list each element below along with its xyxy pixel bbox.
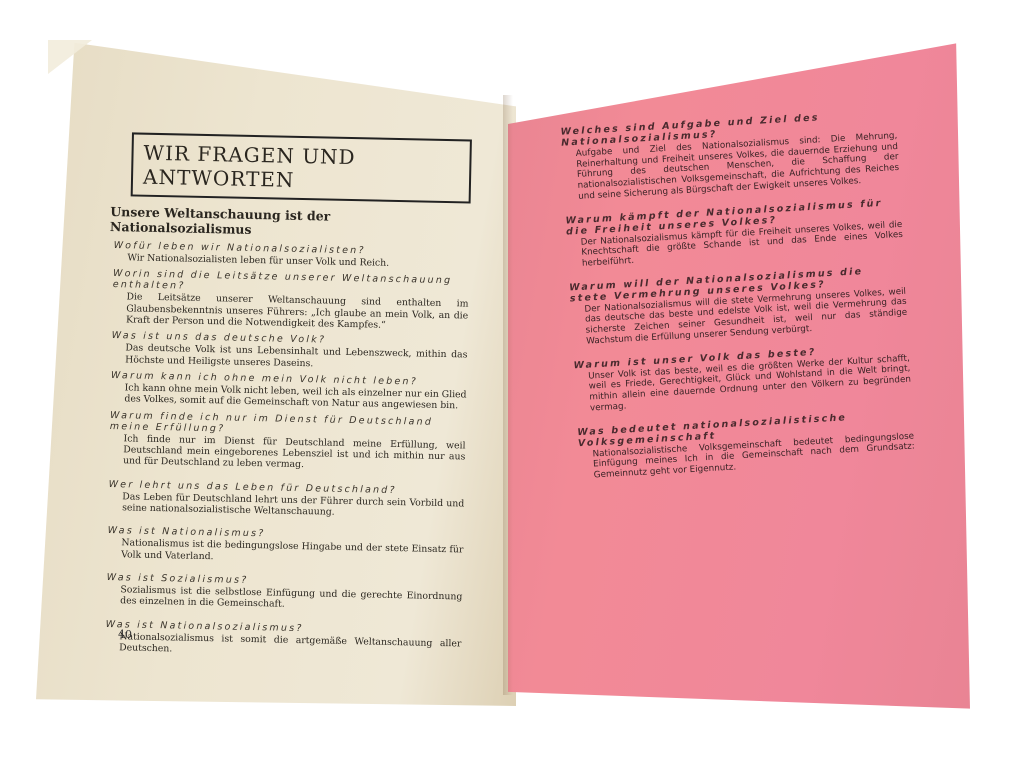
answer: Die Leitsätze unserer Weltanschauung sin…	[126, 292, 469, 333]
left-page-content: WIR FRAGEN UND ANTWORTEN Unsere Weltansc…	[101, 132, 472, 666]
page-number: 40	[118, 628, 132, 641]
right-page-content: Welches sind Aufgabe und Ziel des Nation…	[556, 103, 916, 487]
section-subtitle: Unsere Weltanschauung ist der Nationalso…	[110, 204, 471, 242]
answer: Ich finde nur im Dienst für Deutschland …	[123, 433, 466, 474]
folded-corner	[48, 40, 92, 74]
book-gutter	[503, 95, 513, 695]
page-title: WIR FRAGEN UND ANTWORTEN	[131, 132, 472, 203]
right-qa-list: Welches sind Aufgabe und Ziel des Nation…	[556, 108, 915, 482]
left-qa-list: Wofür leben wir Nationalsozialisten?Wir …	[101, 240, 470, 661]
